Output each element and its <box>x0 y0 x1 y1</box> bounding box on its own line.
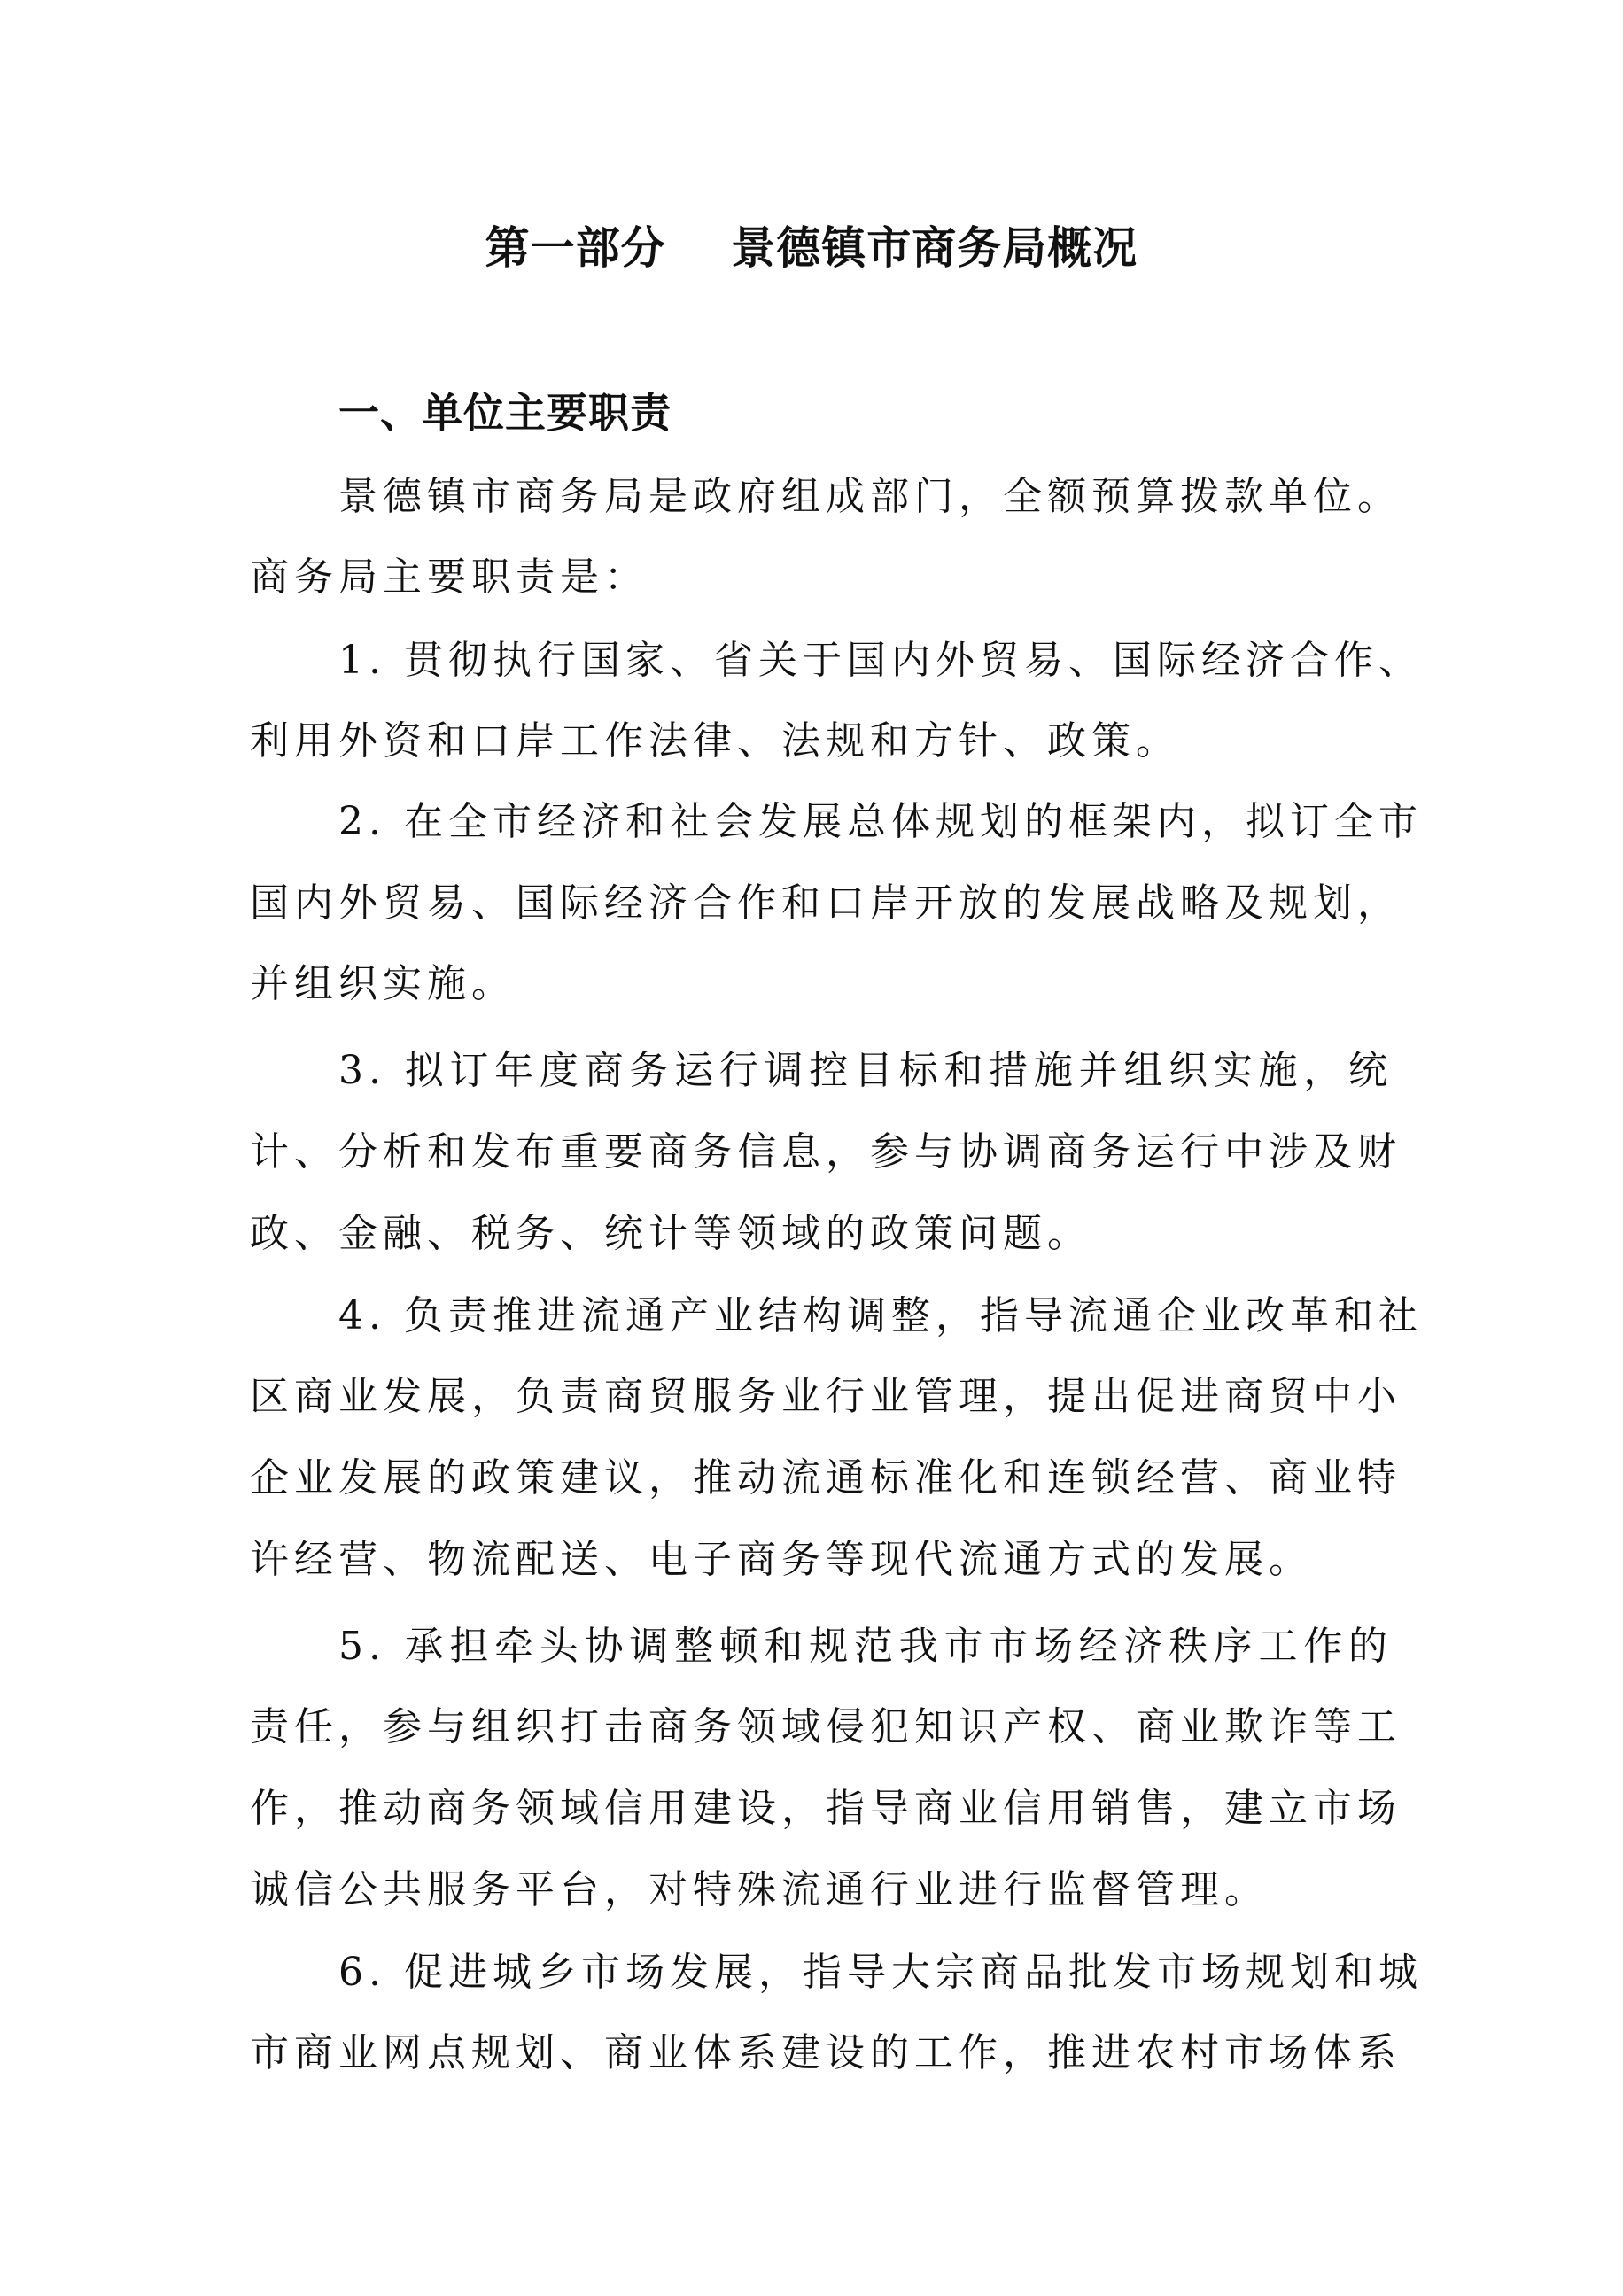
paragraph-line: 计、分析和发布重要商务信息，参与协调商务运行中涉及财 <box>250 1126 1393 1179</box>
page-title: 第一部分 景德镇市商务局概况 <box>0 220 1623 276</box>
paragraph-line: 5. 承担牵头协调整顿和规范我市市场经济秩序工作的 <box>338 1620 1393 1673</box>
paragraph-line: 3. 拟订年度商务运行调控目标和措施并组织实施，统 <box>338 1044 1393 1098</box>
paragraph-line: 诚信公共服务平台，对特殊流通行业进行监督管理。 <box>250 1864 1393 1917</box>
paragraph-line: 1. 贯彻执行国家、省关于国内外贸易、国际经济合作、 <box>338 634 1393 687</box>
paragraph-line: 许经营、物流配送、电子商务等现代流通方式的发展。 <box>250 1533 1393 1586</box>
paragraph-line: 区商业发展，负责商贸服务业行业管理，提出促进商贸中小 <box>250 1370 1393 1423</box>
paragraph-line: 6. 促进城乡市场发展，指导大宗商品批发市场规划和城 <box>338 1946 1393 1999</box>
paragraph-line: 责任，参与组织打击商务领域侵犯知识产权、商业欺诈等工 <box>250 1701 1393 1754</box>
paragraph-line: 商务局主要职责是： <box>250 551 1393 604</box>
paragraph-line: 作，推动商务领域信用建设，指导商业信用销售，建立市场 <box>250 1782 1393 1835</box>
paragraph-line: 市商业网点规划、商业体系建设的工作，推进农村市场体系 <box>250 2027 1393 2080</box>
paragraph-line: 国内外贸易、国际经济合作和口岸开放的发展战略及规划， <box>250 877 1393 930</box>
paragraph-line: 2. 在全市经济和社会发展总体规划的框架内，拟订全市 <box>338 795 1393 849</box>
paragraph-line: 景德镇市商务局是政府组成部门，全额预算拨款单位。 <box>338 470 1393 524</box>
paragraph-line: 利用外资和口岸工作法律、法规和方针、政策。 <box>250 715 1393 768</box>
paragraph-line: 4. 负责推进流通产业结构调整，指导流通企业改革和社 <box>338 1290 1393 1343</box>
paragraph-line: 政、金融、税务、统计等领域的政策问题。 <box>250 1207 1393 1260</box>
paragraph-line: 企业发展的政策建议，推动流通标准化和连锁经营、商业特 <box>250 1452 1393 1505</box>
section-heading: 一、单位主要职责 <box>338 384 672 441</box>
paragraph-line: 并组织实施。 <box>250 958 1393 1011</box>
